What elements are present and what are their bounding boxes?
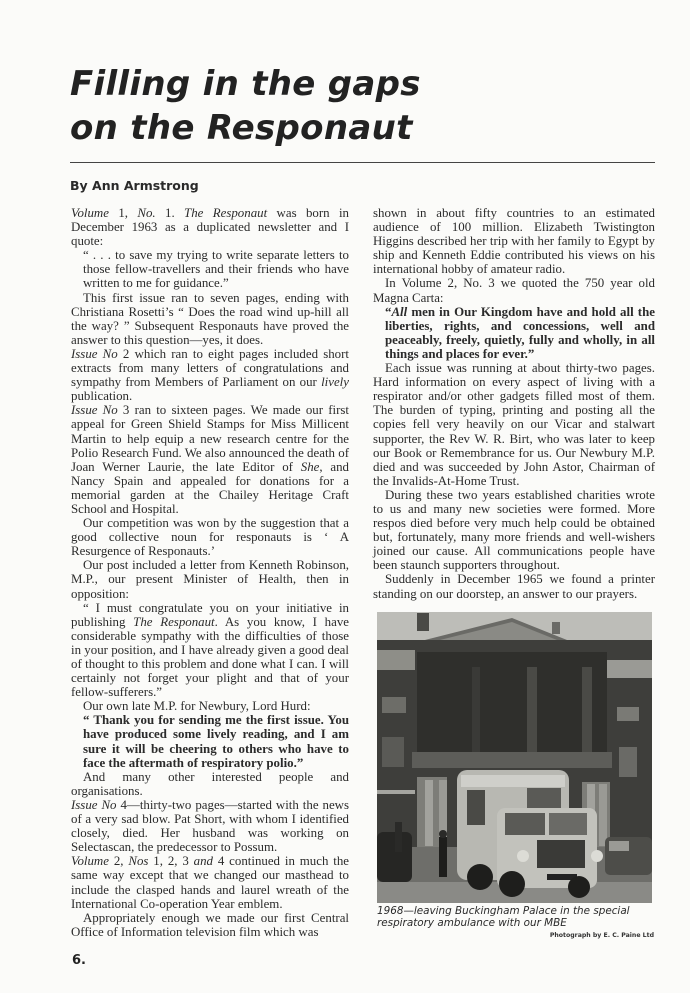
paragraph: Each issue was running at about thirty-t… — [373, 361, 655, 488]
italic-text: Volume — [71, 854, 109, 868]
bold-quote: “All men in Our Kingdom have and hold al… — [373, 305, 655, 361]
paragraph: Our post included a letter from Kenneth … — [71, 558, 349, 600]
paragraph: Volume 1, No. 1. The Responaut was born … — [71, 206, 349, 248]
paragraph: And many other interested people and org… — [71, 770, 349, 798]
photo-buckingham-palace-ambulance — [377, 612, 652, 903]
paragraph: shown in about fifty countries to an est… — [373, 206, 655, 276]
right-column: shown in about fifty countries to an est… — [373, 206, 655, 601]
title-divider — [70, 162, 655, 163]
title-line-1: Filling in the gaps — [70, 62, 660, 106]
text: publication. — [71, 389, 132, 403]
text: men in Our Kingdom have and hold all the… — [385, 305, 655, 361]
italic-text: and — [194, 854, 213, 868]
italic-text: Issue No — [71, 403, 118, 417]
italic-text: No. — [137, 206, 155, 220]
text: 1. — [156, 206, 184, 220]
paragraph: Our competition was won by the suggestio… — [71, 516, 349, 558]
title-line-2: on the Responaut — [70, 106, 660, 150]
paragraph: Issue No 2 which ran to eight pages incl… — [71, 347, 349, 403]
italic-text: All — [391, 305, 407, 319]
text: 2, — [109, 854, 128, 868]
publication-name: The Responaut — [133, 615, 214, 629]
publication-name: The Responaut — [184, 206, 267, 220]
photo-caption: 1968—leaving Buckingham Palace in the sp… — [377, 905, 657, 930]
text: 1, 2, 3 — [148, 854, 193, 868]
byline: By Ann Armstrong — [70, 178, 199, 193]
paragraph: Issue No 3 ran to sixteen pages. We made… — [71, 403, 349, 516]
italic-text: Issue No — [71, 347, 118, 361]
page-number: 6. — [72, 953, 86, 968]
left-column: Volume 1, No. 1. The Responaut was born … — [71, 206, 349, 939]
photo-image — [377, 612, 652, 903]
paragraph: Appropriately enough we made our first C… — [71, 911, 349, 939]
italic-text: She — [301, 460, 320, 474]
paragraph: Our own late M.P. for Newbury, Lord Hurd… — [71, 699, 349, 713]
paragraph: Suddenly in December 1965 we found a pri… — [373, 572, 655, 600]
paragraph: In Volume 2, No. 3 we quoted the 750 yea… — [373, 276, 655, 304]
quote: “ I must congratulate you on your initia… — [71, 601, 349, 700]
paragraph: During these two years established chari… — [373, 488, 655, 573]
italic-text: Nos — [128, 854, 148, 868]
bold-quote: “ Thank you for sending me the first iss… — [71, 713, 349, 769]
photo-credit: Photograph by E. C. Paine Ltd — [540, 932, 654, 939]
italic-text: Volume — [71, 206, 109, 220]
paragraph: This first issue ran to seven pages, end… — [71, 291, 349, 347]
text: 1, — [109, 206, 137, 220]
italic-text: lively — [321, 375, 349, 389]
article-title: Filling in the gaps on the Responaut — [70, 62, 660, 150]
italic-text: Issue No — [71, 798, 117, 812]
paragraph: Issue No 4—thirty-two pages—started with… — [71, 798, 349, 854]
paragraph: Volume 2, Nos 1, 2, 3 and 4 continued in… — [71, 854, 349, 910]
quote: “ . . . to save my trying to write separ… — [71, 248, 349, 290]
